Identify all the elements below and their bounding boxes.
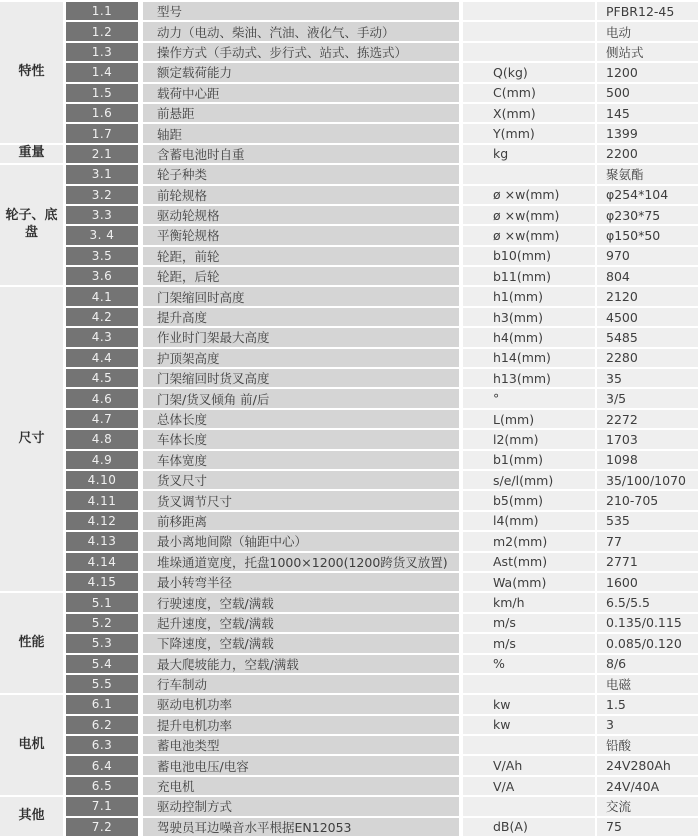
table-row: 4.13 最小离地间隙（轴距中心） m2(mm) 77 bbox=[66, 532, 700, 550]
value-cell: 2771 bbox=[597, 553, 698, 571]
spec-name-cell: 护顶架高度 bbox=[143, 349, 459, 367]
category-cell: 轮子、底盘 bbox=[0, 165, 63, 285]
table-row: 1.3 操作方式（手动式、步行式、站式、拣选式） 侧站式 bbox=[66, 43, 700, 61]
unit-cell: m/s bbox=[463, 614, 595, 632]
table-row: 3.5 轮距，前轮 b10(mm) 970 bbox=[66, 247, 700, 265]
spec-name-cell: 前悬距 bbox=[143, 104, 459, 122]
value-cell: 500 bbox=[597, 84, 698, 102]
value-cell: 804 bbox=[597, 267, 698, 285]
value-cell: 970 bbox=[597, 247, 698, 265]
row-number-badge: 4.2 bbox=[66, 308, 138, 326]
table-row: 3. 4 平衡轮规格 ø ×w(mm) φ150*50 bbox=[66, 226, 700, 244]
table-row: 4.1 门架缩回时高度 h1(mm) 2120 bbox=[66, 287, 700, 305]
spec-name-cell: 总体长度 bbox=[143, 410, 459, 428]
value-cell: 2120 bbox=[597, 287, 698, 305]
unit-cell: kw bbox=[463, 695, 595, 713]
unit-cell: h4(mm) bbox=[463, 328, 595, 346]
row-number-badge: 4.11 bbox=[66, 491, 138, 509]
category-rows: 2.1 含蓄电池时自重 kg 2200 bbox=[66, 145, 700, 165]
row-number-badge: 5.5 bbox=[66, 675, 138, 693]
row-number-badge: 3.1 bbox=[66, 165, 138, 183]
row-number-badge: 4.5 bbox=[66, 369, 138, 387]
row-number-badge: 1.6 bbox=[66, 104, 138, 122]
table-row: 4.15 最小转弯半径 Wa(mm) 1600 bbox=[66, 573, 700, 591]
table-row: 4.11 货叉调节尺寸 b5(mm) 210-705 bbox=[66, 491, 700, 509]
spec-name-cell: 蓄电池电压/电容 bbox=[143, 756, 459, 774]
row-number-badge: 4.10 bbox=[66, 471, 138, 489]
spec-category-group: 轮子、底盘 3.1 轮子种类 聚氨酯 3.2 前轮规格 ø ×w(mm) φ25… bbox=[0, 165, 700, 287]
value-cell: 6.5/5.5 bbox=[597, 593, 698, 611]
category-cell: 性能 bbox=[0, 593, 63, 693]
spec-name-cell: 驱动控制方式 bbox=[143, 797, 459, 815]
table-row: 3.6 轮距，后轮 b11(mm) 804 bbox=[66, 267, 700, 285]
row-number-badge: 1.1 bbox=[66, 2, 138, 20]
unit-cell: h13(mm) bbox=[463, 369, 595, 387]
spec-name-cell: 堆垛通道宽度，托盘1000×1200(1200跨货叉放置) bbox=[143, 553, 459, 571]
row-number-badge: 1.2 bbox=[66, 22, 138, 40]
table-row: 7.2 驾驶员耳边噪音水平根据EN12053 dB(A) 75 bbox=[66, 818, 700, 836]
spec-table: 特性 1.1 型号 PFBR12-45 1.2 动力（电动、柴油、汽油、液化气、… bbox=[0, 0, 700, 838]
category-cell: 其他 bbox=[0, 797, 63, 836]
spec-name-cell: 最大爬坡能力，空载/满载 bbox=[143, 655, 459, 673]
unit-cell bbox=[463, 675, 595, 693]
value-cell: 1200 bbox=[597, 63, 698, 81]
category-rows: 4.1 门架缩回时高度 h1(mm) 2120 4.2 提升高度 h3(mm) … bbox=[66, 287, 700, 593]
unit-cell: ø ×w(mm) bbox=[463, 186, 595, 204]
row-number-badge: 3.6 bbox=[66, 267, 138, 285]
table-row: 1.7 轴距 Y(mm) 1399 bbox=[66, 124, 700, 142]
table-row: 4.5 门架缩回时货叉高度 h13(mm) 35 bbox=[66, 369, 700, 387]
value-cell: 0.135/0.115 bbox=[597, 614, 698, 632]
row-number-badge: 4.7 bbox=[66, 410, 138, 428]
spec-name-cell: 驱动轮规格 bbox=[143, 206, 459, 224]
unit-cell: b10(mm) bbox=[463, 247, 595, 265]
spec-name-cell: 前移距离 bbox=[143, 512, 459, 530]
spec-name-cell: 下降速度，空载/满载 bbox=[143, 634, 459, 652]
table-row: 6.3 蓄电池类型 铅酸 bbox=[66, 736, 700, 754]
table-row: 1.5 载荷中心距 C(mm) 500 bbox=[66, 84, 700, 102]
spec-category-group: 电机 6.1 驱动电机功率 kw 1.5 6.2 提升电机功率 kw 3 6.3… bbox=[0, 695, 700, 797]
row-number-badge: 4.13 bbox=[66, 532, 138, 550]
spec-name-cell: 平衡轮规格 bbox=[143, 226, 459, 244]
unit-cell: h14(mm) bbox=[463, 349, 595, 367]
unit-cell bbox=[463, 797, 595, 815]
unit-cell: Q(kg) bbox=[463, 63, 595, 81]
value-cell: 2200 bbox=[597, 145, 698, 163]
value-cell: 2272 bbox=[597, 410, 698, 428]
table-row: 4.2 提升高度 h3(mm) 4500 bbox=[66, 308, 700, 326]
value-cell: 电动 bbox=[597, 22, 698, 40]
unit-cell: V/A bbox=[463, 777, 595, 795]
unit-cell: kg bbox=[463, 145, 595, 163]
spec-name-cell: 最小转弯半径 bbox=[143, 573, 459, 591]
spec-name-cell: 驱动电机功率 bbox=[143, 695, 459, 713]
value-cell: φ254*104 bbox=[597, 186, 698, 204]
row-number-badge: 4.14 bbox=[66, 553, 138, 571]
category-cell: 电机 bbox=[0, 695, 63, 795]
spec-name-cell: 车体宽度 bbox=[143, 451, 459, 469]
spec-name-cell: 门架缩回时高度 bbox=[143, 287, 459, 305]
value-cell: 24V/40A bbox=[597, 777, 698, 795]
unit-cell: ° bbox=[463, 389, 595, 407]
value-cell: 145 bbox=[597, 104, 698, 122]
row-number-badge: 5.3 bbox=[66, 634, 138, 652]
row-number-badge: 5.4 bbox=[66, 655, 138, 673]
table-row: 3.3 驱动轮规格 ø ×w(mm) φ230*75 bbox=[66, 206, 700, 224]
row-number-badge: 4.4 bbox=[66, 349, 138, 367]
row-number-badge: 1.5 bbox=[66, 84, 138, 102]
unit-cell: l2(mm) bbox=[463, 430, 595, 448]
table-row: 1.4 额定载荷能力 Q(kg) 1200 bbox=[66, 63, 700, 81]
row-number-badge: 6.2 bbox=[66, 716, 138, 734]
table-row: 4.14 堆垛通道宽度，托盘1000×1200(1200跨货叉放置) Ast(m… bbox=[66, 553, 700, 571]
unit-cell: L(mm) bbox=[463, 410, 595, 428]
unit-cell: V/Ah bbox=[463, 756, 595, 774]
unit-cell bbox=[463, 2, 595, 20]
spec-name-cell: 提升高度 bbox=[143, 308, 459, 326]
category-rows: 7.1 驱动控制方式 交流 7.2 驾驶员耳边噪音水平根据EN12053 dB(… bbox=[66, 797, 700, 838]
spec-name-cell: 动力（电动、柴油、汽油、液化气、手动） bbox=[143, 22, 459, 40]
spec-name-cell: 货叉尺寸 bbox=[143, 471, 459, 489]
row-number-badge: 2.1 bbox=[66, 145, 138, 163]
value-cell: 铅酸 bbox=[597, 736, 698, 754]
table-row: 5.1 行驶速度，空载/满载 km/h 6.5/5.5 bbox=[66, 593, 700, 611]
unit-cell: l4(mm) bbox=[463, 512, 595, 530]
row-number-badge: 6.1 bbox=[66, 695, 138, 713]
spec-name-cell: 轮子种类 bbox=[143, 165, 459, 183]
row-number-badge: 6.3 bbox=[66, 736, 138, 754]
table-row: 1.1 型号 PFBR12-45 bbox=[66, 2, 700, 20]
unit-cell: b11(mm) bbox=[463, 267, 595, 285]
spec-name-cell: 充电机 bbox=[143, 777, 459, 795]
table-row: 4.3 作业时门架最大高度 h4(mm) 5485 bbox=[66, 328, 700, 346]
spec-name-cell: 型号 bbox=[143, 2, 459, 20]
unit-cell: ø ×w(mm) bbox=[463, 226, 595, 244]
unit-cell: b1(mm) bbox=[463, 451, 595, 469]
value-cell: 35/100/1070 bbox=[597, 471, 698, 489]
unit-cell: Wa(mm) bbox=[463, 573, 595, 591]
row-number-badge: 4.3 bbox=[66, 328, 138, 346]
row-number-badge: 3.3 bbox=[66, 206, 138, 224]
spec-category-group: 特性 1.1 型号 PFBR12-45 1.2 动力（电动、柴油、汽油、液化气、… bbox=[0, 2, 700, 145]
value-cell: 35 bbox=[597, 369, 698, 387]
row-number-badge: 4.12 bbox=[66, 512, 138, 530]
value-cell: 1600 bbox=[597, 573, 698, 591]
table-row: 4.8 车体长度 l2(mm) 1703 bbox=[66, 430, 700, 448]
unit-cell: s/e/l(mm) bbox=[463, 471, 595, 489]
table-row: 6.5 充电机 V/A 24V/40A bbox=[66, 777, 700, 795]
table-row: 4.12 前移距离 l4(mm) 535 bbox=[66, 512, 700, 530]
unit-cell bbox=[463, 736, 595, 754]
unit-cell: C(mm) bbox=[463, 84, 595, 102]
spec-name-cell: 起升速度，空载/满载 bbox=[143, 614, 459, 632]
category-cell: 重量 bbox=[0, 145, 63, 163]
spec-name-cell: 载荷中心距 bbox=[143, 84, 459, 102]
row-number-badge: 4.1 bbox=[66, 287, 138, 305]
row-number-badge: 7.1 bbox=[66, 797, 138, 815]
value-cell: φ150*50 bbox=[597, 226, 698, 244]
table-row: 4.7 总体长度 L(mm) 2272 bbox=[66, 410, 700, 428]
value-cell: 24V280Ah bbox=[597, 756, 698, 774]
table-row: 3.2 前轮规格 ø ×w(mm) φ254*104 bbox=[66, 186, 700, 204]
table-row: 4.4 护顶架高度 h14(mm) 2280 bbox=[66, 349, 700, 367]
unit-cell: Y(mm) bbox=[463, 124, 595, 142]
value-cell: 电磁 bbox=[597, 675, 698, 693]
spec-name-cell: 行驶速度，空载/满载 bbox=[143, 593, 459, 611]
unit-cell: h3(mm) bbox=[463, 308, 595, 326]
spec-name-cell: 轮距，前轮 bbox=[143, 247, 459, 265]
row-number-badge: 4.15 bbox=[66, 573, 138, 591]
unit-cell: % bbox=[463, 655, 595, 673]
spec-name-cell: 门架/货叉倾角 前/后 bbox=[143, 389, 459, 407]
spec-name-cell: 前轮规格 bbox=[143, 186, 459, 204]
table-row: 7.1 驱动控制方式 交流 bbox=[66, 797, 700, 815]
value-cell: 聚氨酯 bbox=[597, 165, 698, 183]
table-row: 5.3 下降速度，空载/满载 m/s 0.085/0.120 bbox=[66, 634, 700, 652]
row-number-badge: 6.5 bbox=[66, 777, 138, 795]
value-cell: 75 bbox=[597, 818, 698, 836]
category-rows: 1.1 型号 PFBR12-45 1.2 动力（电动、柴油、汽油、液化气、手动）… bbox=[66, 2, 700, 145]
value-cell: 0.085/0.120 bbox=[597, 634, 698, 652]
category-rows: 3.1 轮子种类 聚氨酯 3.2 前轮规格 ø ×w(mm) φ254*104 … bbox=[66, 165, 700, 287]
table-row: 6.1 驱动电机功率 kw 1.5 bbox=[66, 695, 700, 713]
value-cell: 5485 bbox=[597, 328, 698, 346]
spec-category-group: 尺寸 4.1 门架缩回时高度 h1(mm) 2120 4.2 提升高度 h3(m… bbox=[0, 287, 700, 593]
value-cell: 3 bbox=[597, 716, 698, 734]
row-number-badge: 3. 4 bbox=[66, 226, 138, 244]
row-number-badge: 3.5 bbox=[66, 247, 138, 265]
table-row: 6.2 提升电机功率 kw 3 bbox=[66, 716, 700, 734]
table-row: 1.2 动力（电动、柴油、汽油、液化气、手动） 电动 bbox=[66, 22, 700, 40]
value-cell: 535 bbox=[597, 512, 698, 530]
spec-name-cell: 最小离地间隙（轴距中心） bbox=[143, 532, 459, 550]
unit-cell: km/h bbox=[463, 593, 595, 611]
row-number-badge: 5.2 bbox=[66, 614, 138, 632]
value-cell: 3/5 bbox=[597, 389, 698, 407]
value-cell: 77 bbox=[597, 532, 698, 550]
row-number-badge: 7.2 bbox=[66, 818, 138, 836]
unit-cell: dB(A) bbox=[463, 818, 595, 836]
unit-cell bbox=[463, 22, 595, 40]
value-cell: φ230*75 bbox=[597, 206, 698, 224]
value-cell: 8/6 bbox=[597, 655, 698, 673]
spec-category-group: 重量 2.1 含蓄电池时自重 kg 2200 bbox=[0, 145, 700, 165]
spec-category-group: 性能 5.1 行驶速度，空载/满载 km/h 6.5/5.5 5.2 起升速度，… bbox=[0, 593, 700, 695]
table-row: 1.6 前悬距 X(mm) 145 bbox=[66, 104, 700, 122]
value-cell: 侧站式 bbox=[597, 43, 698, 61]
category-rows: 5.1 行驶速度，空载/满载 km/h 6.5/5.5 5.2 起升速度，空载/… bbox=[66, 593, 700, 695]
row-number-badge: 3.2 bbox=[66, 186, 138, 204]
spec-name-cell: 驾驶员耳边噪音水平根据EN12053 bbox=[143, 818, 459, 836]
spec-category-group: 其他 7.1 驱动控制方式 交流 7.2 驾驶员耳边噪音水平根据EN12053 … bbox=[0, 797, 700, 838]
unit-cell: ø ×w(mm) bbox=[463, 206, 595, 224]
row-number-badge: 5.1 bbox=[66, 593, 138, 611]
value-cell: 4500 bbox=[597, 308, 698, 326]
spec-name-cell: 额定载荷能力 bbox=[143, 63, 459, 81]
table-row: 2.1 含蓄电池时自重 kg 2200 bbox=[66, 145, 700, 163]
value-cell: 210-705 bbox=[597, 491, 698, 509]
spec-name-cell: 蓄电池类型 bbox=[143, 736, 459, 754]
value-cell: 1703 bbox=[597, 430, 698, 448]
unit-cell: h1(mm) bbox=[463, 287, 595, 305]
unit-cell bbox=[463, 165, 595, 183]
unit-cell: kw bbox=[463, 716, 595, 734]
row-number-badge: 4.9 bbox=[66, 451, 138, 469]
row-number-badge: 4.6 bbox=[66, 389, 138, 407]
table-row: 4.6 门架/货叉倾角 前/后 ° 3/5 bbox=[66, 389, 700, 407]
spec-name-cell: 含蓄电池时自重 bbox=[143, 145, 459, 163]
unit-cell: X(mm) bbox=[463, 104, 595, 122]
spec-name-cell: 门架缩回时货叉高度 bbox=[143, 369, 459, 387]
row-number-badge: 1.3 bbox=[66, 43, 138, 61]
unit-cell: Ast(mm) bbox=[463, 553, 595, 571]
spec-name-cell: 货叉调节尺寸 bbox=[143, 491, 459, 509]
table-row: 5.5 行车制动 电磁 bbox=[66, 675, 700, 693]
spec-name-cell: 轮距，后轮 bbox=[143, 267, 459, 285]
spec-name-cell: 提升电机功率 bbox=[143, 716, 459, 734]
value-cell: PFBR12-45 bbox=[597, 2, 698, 20]
category-cell: 尺寸 bbox=[0, 287, 63, 591]
value-cell: 1.5 bbox=[597, 695, 698, 713]
spec-name-cell: 车体长度 bbox=[143, 430, 459, 448]
value-cell: 交流 bbox=[597, 797, 698, 815]
unit-cell: m2(mm) bbox=[463, 532, 595, 550]
category-rows: 6.1 驱动电机功率 kw 1.5 6.2 提升电机功率 kw 3 6.3 蓄电… bbox=[66, 695, 700, 797]
table-row: 5.2 起升速度，空载/满载 m/s 0.135/0.115 bbox=[66, 614, 700, 632]
table-row: 5.4 最大爬坡能力，空载/满载 % 8/6 bbox=[66, 655, 700, 673]
category-cell: 特性 bbox=[0, 2, 63, 143]
table-row: 3.1 轮子种类 聚氨酯 bbox=[66, 165, 700, 183]
row-number-badge: 1.4 bbox=[66, 63, 138, 81]
row-number-badge: 1.7 bbox=[66, 124, 138, 142]
unit-cell bbox=[463, 43, 595, 61]
value-cell: 1399 bbox=[597, 124, 698, 142]
value-cell: 2280 bbox=[597, 349, 698, 367]
spec-name-cell: 轴距 bbox=[143, 124, 459, 142]
table-row: 4.9 车体宽度 b1(mm) 1098 bbox=[66, 451, 700, 469]
spec-name-cell: 作业时门架最大高度 bbox=[143, 328, 459, 346]
table-row: 6.4 蓄电池电压/电容 V/Ah 24V280Ah bbox=[66, 756, 700, 774]
spec-name-cell: 行车制动 bbox=[143, 675, 459, 693]
unit-cell: m/s bbox=[463, 634, 595, 652]
table-row: 4.10 货叉尺寸 s/e/l(mm) 35/100/1070 bbox=[66, 471, 700, 489]
row-number-badge: 6.4 bbox=[66, 756, 138, 774]
value-cell: 1098 bbox=[597, 451, 698, 469]
row-number-badge: 4.8 bbox=[66, 430, 138, 448]
unit-cell: b5(mm) bbox=[463, 491, 595, 509]
spec-name-cell: 操作方式（手动式、步行式、站式、拣选式） bbox=[143, 43, 459, 61]
